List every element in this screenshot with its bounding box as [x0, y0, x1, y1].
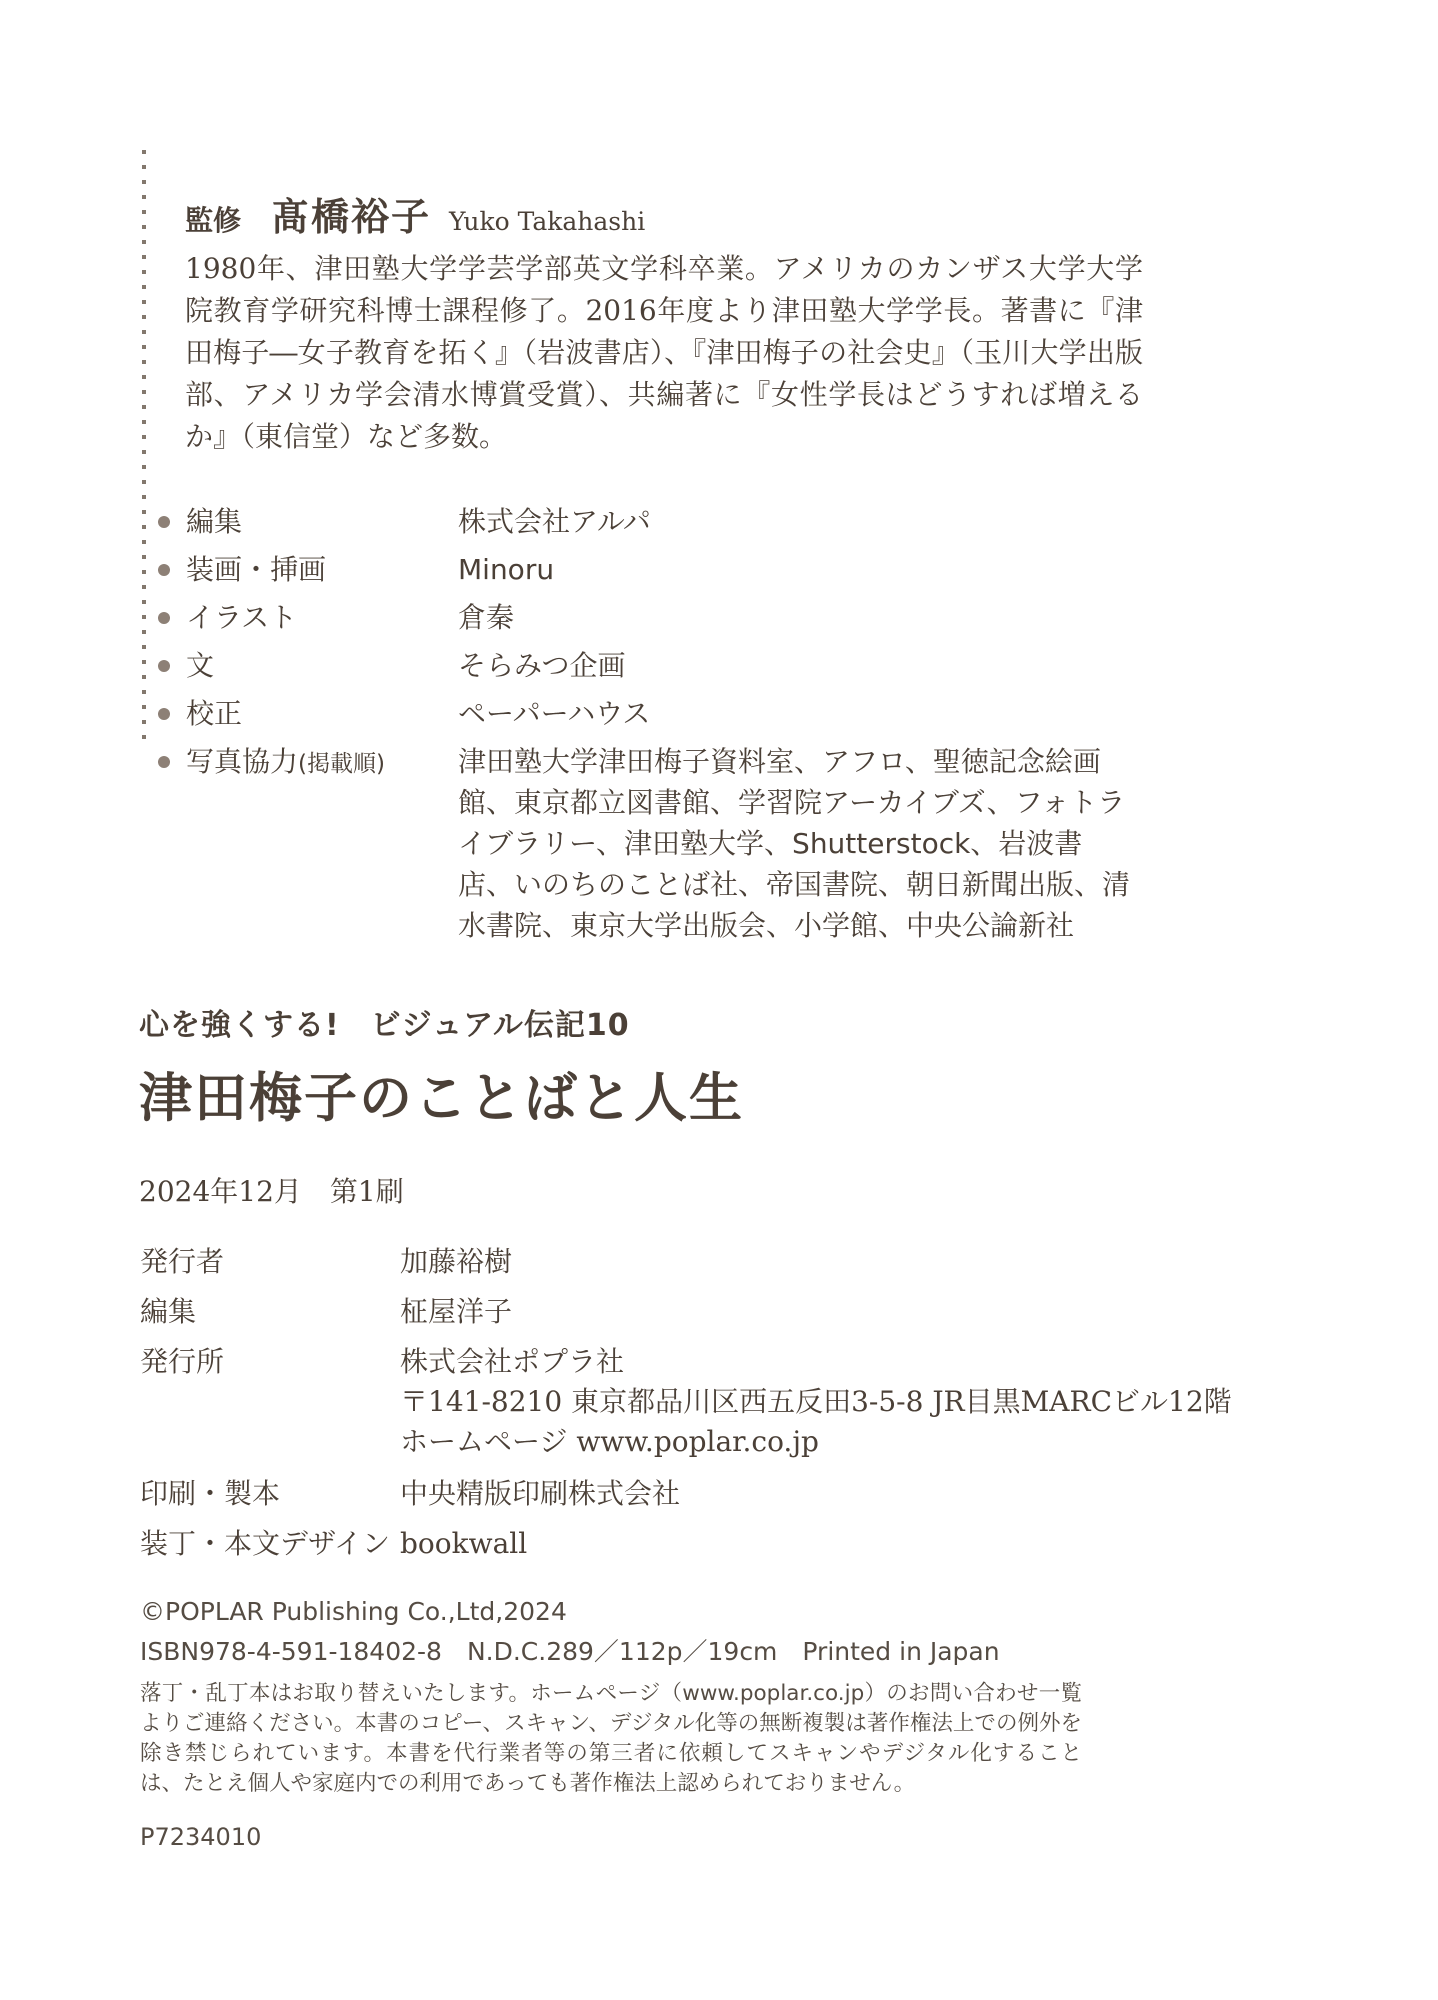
credit-row: 編集 株式会社アルパ: [158, 506, 1134, 537]
product-code: P7234010: [140, 1823, 1082, 1851]
credit-label-note: (掲載順): [298, 751, 385, 777]
credits-list: 編集 株式会社アルパ 装画・挿画 Minoru イラスト 倉秦 文 そらみつ企画…: [158, 506, 1134, 963]
credit-label: 写真協力(掲載順): [186, 746, 458, 780]
footer-block: ©POPLAR Publishing Co.,Ltd,2024 ISBN978-…: [140, 1595, 1082, 1851]
publication-value: 株式会社ポプラ社 〒141-8210 東京都品川区西五反田3-5-8 JR目黒M…: [400, 1342, 1232, 1462]
credit-value: Minoru: [458, 554, 1134, 585]
publication-row: 装丁・本文デザイン bookwall: [140, 1524, 1232, 1564]
credit-row: 装画・挿画 Minoru: [158, 554, 1134, 585]
credit-value: 倉秦: [458, 602, 1134, 633]
supervisor-bio: 1980年、津田塾大学学芸学部英文学科卒業。アメリカのカンザス大学大学院教育学研…: [185, 248, 1143, 458]
credit-label-main: 写真協力: [186, 745, 298, 778]
bullet-icon: [158, 756, 170, 768]
bullet-icon: [158, 516, 170, 528]
book-title: 津田梅子のことばと人生: [139, 1056, 744, 1132]
edition-info: 2024年12月 第1刷: [139, 1170, 744, 1210]
publication-row: 印刷・製本 中央精版印刷株式会社: [140, 1474, 1232, 1514]
credit-row: イラスト 倉秦: [158, 602, 1134, 633]
publication-value: bookwall: [400, 1524, 527, 1564]
supervisor-header: 監修 髙橋裕子 Yuko Takahashi: [185, 186, 645, 241]
credit-label: 編集: [186, 506, 458, 537]
credit-row: 校正 ペーパーハウス: [158, 698, 1134, 729]
credit-label: 文: [186, 650, 458, 681]
credit-label: イラスト: [186, 602, 458, 633]
bullet-icon: [158, 564, 170, 576]
publication-value: 柾屋洋子: [400, 1292, 512, 1332]
bullet-icon: [158, 612, 170, 624]
publication-row-publisher: 発行所 株式会社ポプラ社 〒141-8210 東京都品川区西五反田3-5-8 J…: [140, 1342, 1232, 1462]
credit-label: 校正: [186, 698, 458, 729]
publication-row: 発行者 加藤裕樹: [140, 1242, 1232, 1282]
series-title: 心を強くする! ビジュアル伝記10: [139, 1000, 744, 1044]
publication-row: 編集 柾屋洋子: [140, 1292, 1232, 1332]
legal-notice: 落丁・乱丁本はお取り替えいたします。ホームページ（www.poplar.co.j…: [140, 1679, 1082, 1799]
publication-list: 発行者 加藤裕樹 編集 柾屋洋子 発行所 株式会社ポプラ社 〒141-8210 …: [140, 1242, 1232, 1574]
isbn-line: ISBN978-4-591-18402-8 N.D.C.289／112p／19c…: [140, 1635, 1082, 1669]
dotted-divider: [142, 150, 146, 746]
publication-label: 装丁・本文デザイン: [140, 1524, 400, 1564]
credit-value: 津田塾大学津田梅子資料室、アフロ、聖徳記念絵画館、東京都立図書館、学習院アーカイ…: [458, 741, 1134, 946]
publication-label: 編集: [140, 1292, 400, 1332]
supervisor-role-label: 監修: [185, 199, 241, 239]
publication-label: 印刷・製本: [140, 1474, 400, 1514]
credit-row: 文 そらみつ企画: [158, 650, 1134, 681]
bullet-icon: [158, 708, 170, 720]
credit-value: そらみつ企画: [458, 650, 1134, 681]
publication-label: 発行者: [140, 1242, 400, 1282]
credit-row-photo-credits: 写真協力(掲載順) 津田塾大学津田梅子資料室、アフロ、聖徳記念絵画館、東京都立図…: [158, 746, 1134, 946]
credit-label: 装画・挿画: [186, 554, 458, 585]
publication-label: 発行所: [140, 1342, 400, 1382]
colophon-page: 監修 髙橋裕子 Yuko Takahashi 1980年、津田塾大学学芸学部英文…: [0, 0, 1438, 2000]
title-block: 心を強くする! ビジュアル伝記10 津田梅子のことばと人生 2024年12月 第…: [139, 1000, 744, 1210]
publication-value: 加藤裕樹: [400, 1242, 512, 1282]
credit-value: 株式会社アルパ: [458, 506, 1134, 537]
supervisor-name-roman: Yuko Takahashi: [449, 207, 645, 236]
publisher-homepage: ホームページ www.poplar.co.jp: [400, 1422, 1232, 1462]
copyright-line: ©POPLAR Publishing Co.,Ltd,2024: [140, 1595, 1082, 1629]
publisher-name: 株式会社ポプラ社: [400, 1342, 1232, 1382]
credit-value: ペーパーハウス: [458, 698, 1134, 729]
publisher-address: 〒141-8210 東京都品川区西五反田3-5-8 JR目黒MARCビル12階: [400, 1382, 1232, 1422]
supervisor-name: 髙橋裕子: [271, 186, 431, 241]
bullet-icon: [158, 660, 170, 672]
publication-value: 中央精版印刷株式会社: [400, 1474, 680, 1514]
